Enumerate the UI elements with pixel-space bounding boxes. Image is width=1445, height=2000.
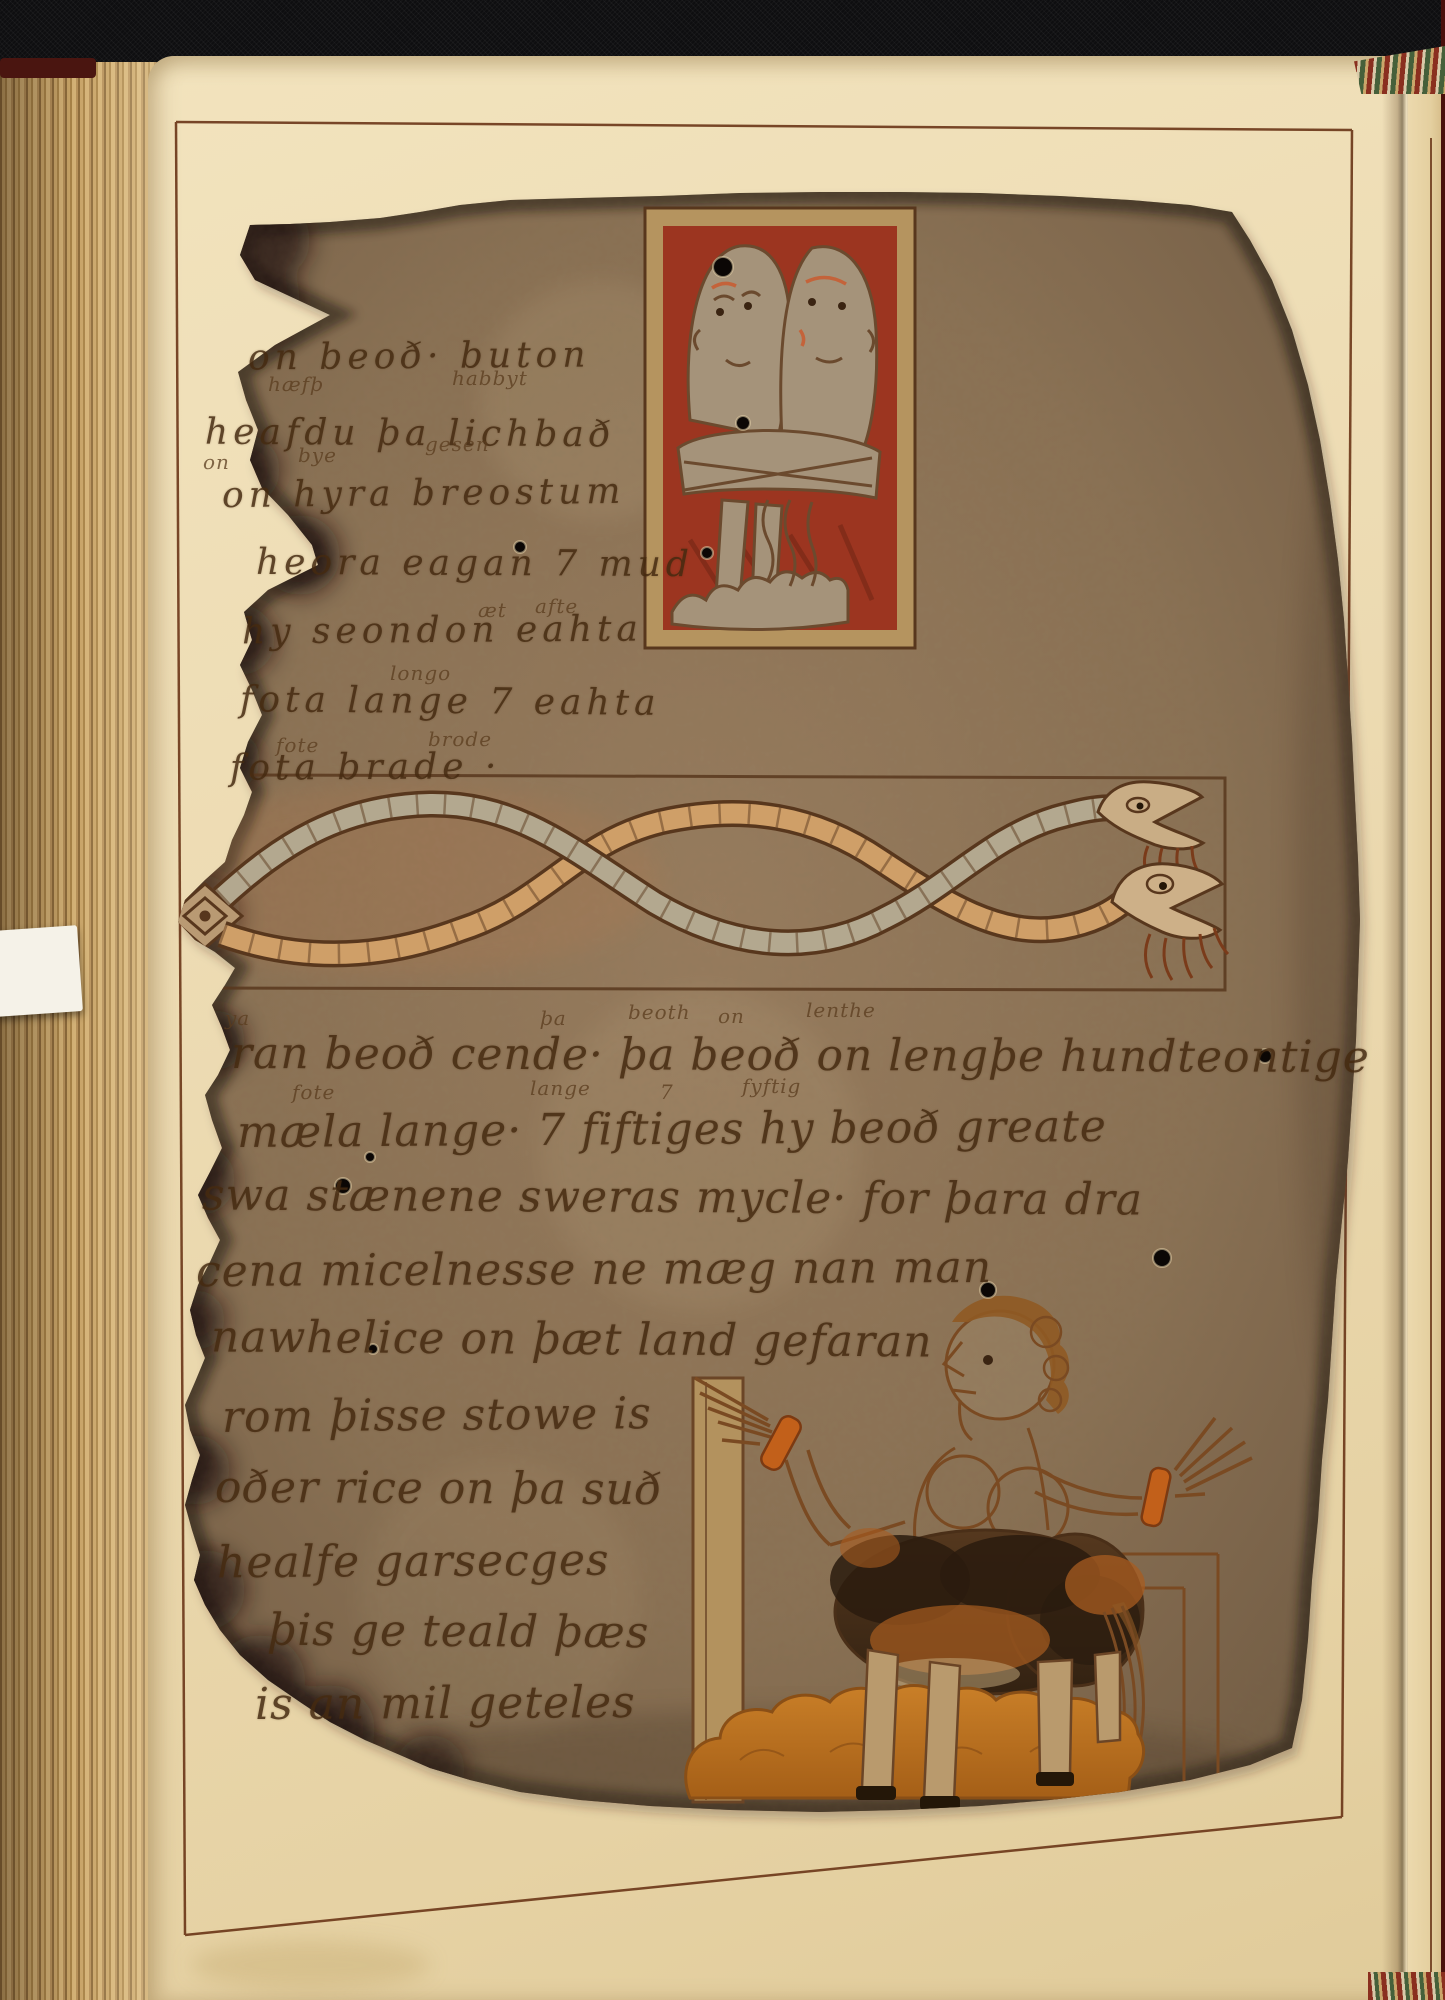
interlinear-gloss: fyftig [742, 1074, 801, 1098]
interlinear-gloss: on [203, 450, 230, 474]
interlinear-gloss: longo [390, 661, 451, 685]
interlinear-gloss: gesen [425, 432, 490, 456]
manuscript-text-line: on hyra breostum [222, 471, 626, 516]
interlinear-gloss: habbyt [452, 366, 528, 390]
interlinear-gloss: lenthe [806, 998, 876, 1022]
manuscript-photograph: on beoð· buton heafdu þa lichbað on hyra… [0, 0, 1445, 2000]
interlinear-gloss: æt [478, 598, 507, 622]
manuscript-text-line: is an mil geteles [255, 1677, 636, 1730]
manuscript-text-line: þis ge teald þæs [268, 1605, 650, 1659]
manuscript-text-line: oðer rice on þa suð [215, 1462, 663, 1515]
interlinear-gloss: on [718, 1004, 745, 1028]
interlinear-gloss: beoth [628, 1000, 691, 1024]
interlinear-gloss: brode [428, 727, 492, 751]
interlinear-gloss: fote [292, 1080, 335, 1104]
interlinear-gloss: lange [530, 1076, 591, 1100]
manuscript-text-line: heora eagan 7 mud [256, 542, 694, 585]
manuscript-text-line: mæla lange· 7 fiftiges hy beoð greate [237, 1101, 1107, 1158]
interlinear-gloss: ya [225, 1006, 250, 1030]
manuscript-text-line: nawhelice on þæt land gefaran [211, 1311, 933, 1367]
manuscript-text-line: rom þisse stowe is [222, 1388, 652, 1443]
interlinear-gloss: bye [298, 443, 337, 467]
interlinear-gloss: afte [535, 594, 578, 618]
manuscript-text-line: swa stænene sweras mycle· for þara dra [202, 1170, 1143, 1226]
interlinear-gloss: 7 [660, 1080, 674, 1104]
manuscript-text-line: cena micelnesse ne mæg nan man [196, 1242, 992, 1297]
interlinear-gloss: hæfþ [268, 372, 324, 396]
interlinear-gloss: þa [540, 1006, 567, 1030]
manuscript-text-line: hy seondon eahta [242, 609, 643, 653]
manuscript-text-line: fota brade · [230, 746, 502, 788]
interlinear-gloss: fote [276, 733, 319, 757]
manuscript-text-line: healfe garsecges [217, 1535, 610, 1589]
manuscript-text-line: fota lange 7 eahta [240, 679, 661, 724]
text-layer: on beoð· buton heafdu þa lichbað on hyra… [0, 0, 1445, 2000]
manuscript-text-line: heafdu þa lichbað [205, 412, 616, 456]
